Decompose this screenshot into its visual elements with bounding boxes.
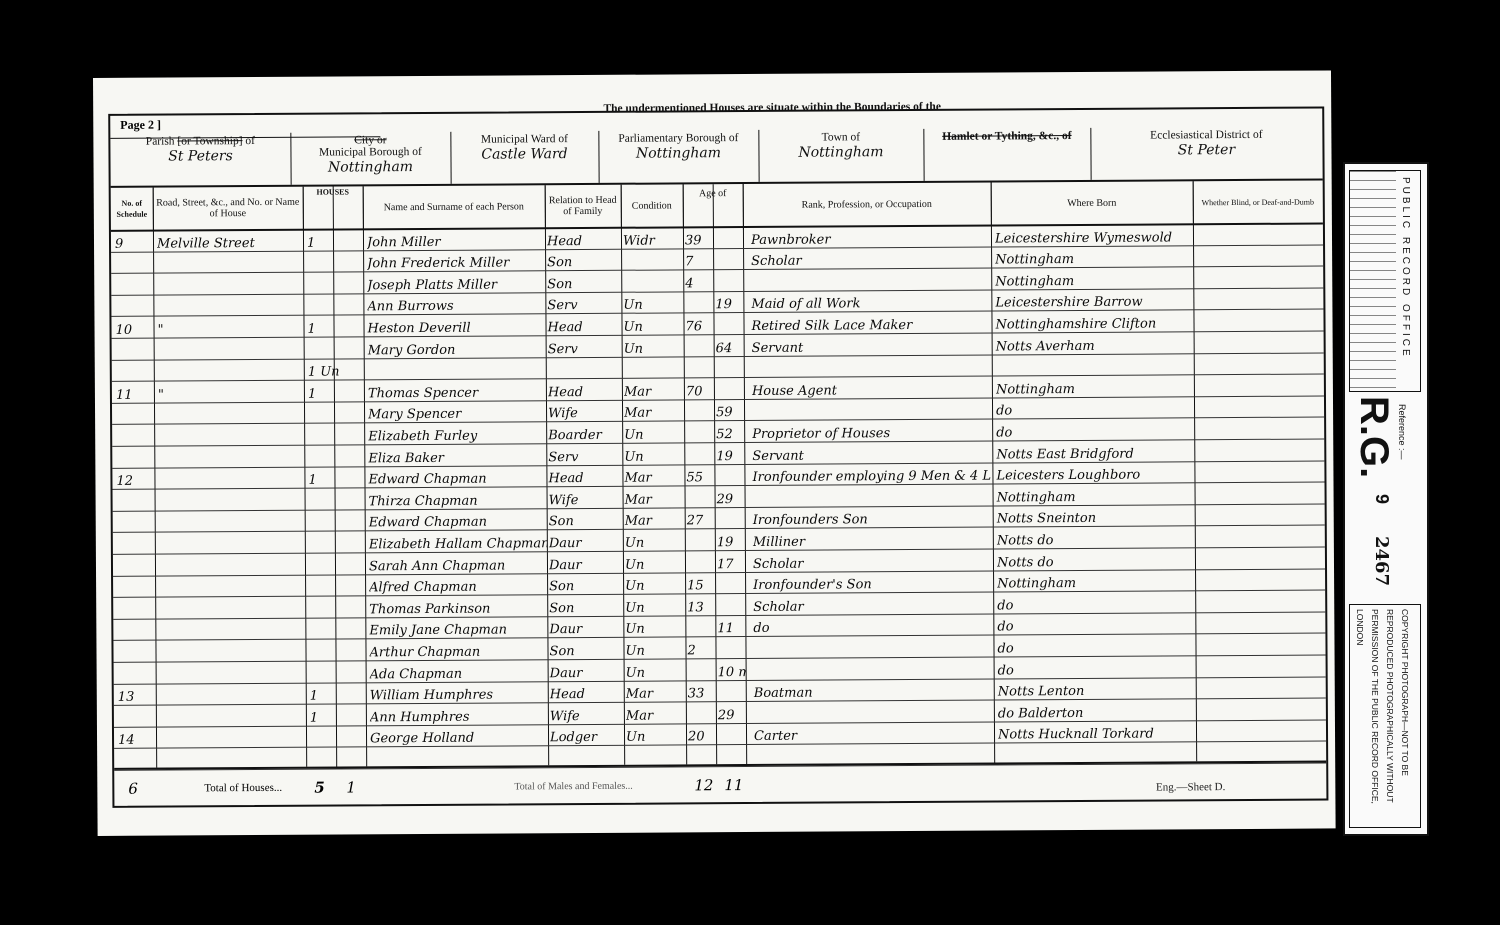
road-cell: [159, 512, 305, 533]
schedule-cell: [115, 275, 151, 296]
condition-cell: Un: [625, 617, 683, 638]
females-age-cell: [718, 725, 746, 746]
condition-cell: Widr: [623, 228, 681, 249]
road-cell: [158, 425, 304, 446]
schedule-cell: 13: [118, 685, 154, 706]
road-cell: [157, 274, 303, 295]
where-born-cell: Nottingham: [997, 571, 1193, 593]
occupation-cell: [753, 486, 991, 508]
females-age-cell: [716, 358, 744, 379]
where-born-cell: do: [996, 398, 1192, 420]
road-cell: [158, 468, 304, 489]
schedule-cell: [117, 556, 153, 577]
condition-cell: Un: [625, 574, 683, 595]
municipal-ward-field: Municipal Ward of Castle Ward: [450, 131, 599, 184]
females-age-cell: 59: [716, 401, 744, 422]
males-age-cell: 15: [687, 574, 715, 595]
condition-cell: Un: [624, 336, 682, 357]
name-cell: Elizabeth Hallam Chapman: [369, 532, 547, 554]
occupation-cell: Ironfounder employing 9 Men & 4 Lads: [752, 464, 990, 486]
occupation-cell: Servant: [752, 335, 990, 357]
name-cell: Edward Chapman: [368, 467, 546, 489]
males-age-cell: 4: [685, 271, 713, 292]
schedule-cell: [117, 512, 153, 533]
name-cell: Arthur Chapman: [369, 640, 547, 662]
males-age-cell: 7: [685, 250, 713, 271]
municipal-borough-field: City orMunicipal Borough of Nottingham: [290, 132, 451, 185]
relation-cell: Boarder: [548, 423, 620, 444]
females-age-cell: [717, 595, 745, 616]
name-cell: Heston Deverill: [367, 316, 545, 338]
males-age-cell: [687, 617, 715, 638]
name-cell: [368, 359, 546, 381]
where-born-cell: Leicesters Loughboro: [996, 463, 1192, 485]
col-blind-deaf: Whether Blind, or Deaf-and-Dumb: [1193, 180, 1323, 223]
relation-cell: Head: [548, 380, 620, 401]
occupation-cell: Scholar: [753, 551, 991, 573]
folio-number: 2467: [1371, 536, 1392, 586]
relation-cell: [548, 358, 620, 379]
name-cell: Ann Burrows: [367, 294, 545, 316]
schedule-cell: [116, 404, 152, 425]
road-cell: [159, 490, 305, 511]
females-age-cell: 52: [716, 422, 744, 443]
col-condition: Condition: [621, 184, 684, 226]
occupation-cell: do: [753, 615, 991, 637]
total-houses-label: Total of Houses...: [204, 769, 282, 807]
inhabited-cell: [307, 295, 357, 316]
road-cell: [159, 620, 305, 641]
parliamentary-borough-value: Nottingham: [598, 145, 758, 162]
road-cell: [160, 728, 306, 749]
females-age-cell: [717, 509, 745, 530]
males-age-cell: 39: [685, 228, 713, 249]
parliamentary-borough-field: Parliamentary Borough of Nottingham: [598, 130, 759, 183]
relation-cell: Son: [549, 596, 621, 617]
inhabited-cell: [309, 554, 359, 575]
name-cell: Thomas Spencer: [368, 380, 546, 402]
relation-cell: Son: [549, 510, 621, 531]
relation-cell: Daur: [549, 618, 621, 639]
inhabited-cell: [310, 727, 360, 748]
occupation-cell: [751, 270, 989, 292]
total-uninhabited: 1: [346, 768, 356, 806]
inhabited-cell: [309, 533, 359, 554]
town-value: Nottingham: [758, 144, 923, 161]
name-cell: Thirza Chapman: [369, 488, 547, 510]
census-sheet: The undermentioned Houses are situate wi…: [93, 70, 1336, 836]
females-age-cell: 29: [718, 703, 746, 724]
females-age-cell: [715, 314, 743, 335]
col-schedule: No. of Schedule: [111, 188, 154, 230]
inhabited-cell: [309, 511, 359, 532]
where-born-cell: Nottingham: [997, 484, 1193, 506]
condition-cell: Mar: [626, 682, 684, 703]
males-age-cell: [688, 703, 716, 724]
series-code: R.G.: [1351, 396, 1396, 478]
females-age-cell: [716, 466, 744, 487]
name-cell: George Holland: [370, 726, 548, 748]
road-cell: [160, 663, 306, 684]
relation-cell: Serv: [548, 445, 620, 466]
road-cell: [160, 684, 306, 705]
relation-cell: Head: [547, 315, 619, 336]
occupation-cell: [753, 637, 991, 659]
males-age-cell: 2: [687, 639, 715, 660]
total-males: 12: [694, 766, 713, 804]
schedule-cell: 12: [116, 469, 152, 490]
name-cell: Ada Chapman: [370, 661, 548, 683]
where-born-cell: do: [997, 592, 1193, 614]
condition-cell: Un: [625, 531, 683, 552]
relation-cell: Head: [547, 229, 619, 250]
occupation-cell: Servant: [752, 443, 990, 465]
reference-strip: PUBLIC RECORD OFFICE Reference :— R.G. 9…: [1343, 162, 1429, 836]
where-born-cell: Nottingham: [995, 268, 1191, 290]
relation-cell: Son: [549, 574, 621, 595]
females-age-cell: 64: [716, 336, 744, 357]
inhabited-cell: 1: [307, 317, 357, 338]
ecclesiastical-district-value: St Peter: [1090, 141, 1322, 158]
occupation-cell: Scholar: [751, 248, 989, 270]
where-born-cell: Notts do: [997, 528, 1193, 550]
where-born-cell: Leicestershire Barrow: [995, 290, 1191, 312]
occupation-cell: [754, 659, 992, 681]
relation-cell: Son: [549, 639, 621, 660]
relation-cell: Daur: [550, 661, 622, 682]
males-age-cell: [686, 358, 714, 379]
inhabited-cell: 1: [310, 684, 360, 705]
relation-cell: Head: [550, 682, 622, 703]
record-office-label: PUBLIC RECORD OFFICE: [1400, 177, 1411, 359]
males-age-cell: [688, 660, 716, 681]
district-header: Page 2 ] Parish [or Township] of St Pete…: [110, 108, 1322, 187]
col-road: Road, Street, &c., and No. or Name of Ho…: [153, 187, 304, 230]
relation-cell: Son: [547, 272, 619, 293]
schedule-cell: [116, 361, 152, 382]
females-age-cell: 19: [715, 293, 743, 314]
schedule-cell: 14: [118, 728, 154, 749]
town-field: Town of Nottingham: [758, 129, 924, 182]
occupation-cell: Milliner: [753, 529, 991, 551]
col-relation: Relation to Head of Family: [545, 185, 622, 227]
inhabited-cell: [308, 425, 358, 446]
occupation-cell: Carter: [754, 723, 992, 745]
females-age-cell: [717, 574, 745, 595]
inhabited-cell: [309, 576, 359, 597]
where-born-cell: Notts East Bridgford: [996, 441, 1192, 463]
males-age-cell: [687, 552, 715, 573]
schedule-cell: 10: [115, 318, 151, 339]
name-cell: Emily Jane Chapman: [369, 618, 547, 640]
parish-field: Parish [or Township] of St Peters: [110, 133, 291, 186]
condition-cell: Mar: [626, 704, 684, 725]
females-age-cell: [717, 638, 745, 659]
total-schedules: 6: [128, 770, 138, 808]
where-born-cell: Nottingham: [996, 376, 1192, 398]
occupation-cell: [752, 399, 990, 421]
road-cell: ": [157, 317, 303, 338]
relation-cell: Head: [548, 466, 620, 487]
road-cell: [159, 576, 305, 597]
col-where-born: Where Born: [991, 181, 1194, 224]
occupation-cell: Proprietor of Houses: [752, 421, 990, 443]
males-age-cell: 13: [687, 595, 715, 616]
where-born-cell: do: [996, 420, 1192, 442]
relation-cell: Serv: [547, 294, 619, 315]
inhabited-cell: [308, 446, 358, 467]
relation-cell: Wife: [550, 704, 622, 725]
condition-cell: Mar: [625, 509, 683, 530]
males-age-cell: 20: [688, 725, 716, 746]
reference-label: Reference :—: [1397, 404, 1407, 460]
where-born-cell: Notts Sneinton: [997, 506, 1193, 528]
condition-cell: Mar: [624, 380, 682, 401]
males-age-cell: [685, 293, 713, 314]
hamlet-field: Hamlet or Tything, &c., of: [923, 128, 1091, 181]
condition-cell: Un: [624, 423, 682, 444]
condition-cell: [623, 272, 681, 293]
schedule-cell: [117, 491, 153, 512]
relation-cell: Serv: [548, 337, 620, 358]
occupation-cell: [752, 356, 990, 378]
condition-cell: [624, 358, 682, 379]
relation-cell: Wife: [549, 488, 621, 509]
relation-cell: Wife: [548, 402, 620, 423]
where-born-cell: Notts Lenton: [998, 679, 1194, 701]
females-age-cell: 29: [717, 487, 745, 508]
females-age-cell: 11: [717, 617, 745, 638]
where-born-cell: Notts Hucknall Torkard: [998, 722, 1194, 744]
inhabited-cell: 1 Un: [308, 360, 358, 381]
totals-row: 6 Total of Houses... 5 1 Total of Males …: [114, 760, 1326, 807]
males-age-cell: [686, 423, 714, 444]
condition-cell: Un: [625, 596, 683, 617]
municipal-borough-value: Nottingham: [291, 159, 451, 176]
schedule-cell: [116, 426, 152, 447]
condition-cell: Mar: [625, 488, 683, 509]
relation-cell: Lodger: [550, 726, 622, 747]
road-cell: [158, 339, 304, 360]
copyright-notice: COPYRIGHT PHOTOGRAPH—NOT TO BE REPRODUCE…: [1352, 609, 1412, 821]
occupation-cell: Ironfounder's Son: [753, 572, 991, 594]
females-age-cell: [718, 682, 746, 703]
inhabited-cell: 1: [308, 468, 358, 489]
where-born-cell: Nottingham: [995, 247, 1191, 269]
name-cell: William Humphres: [370, 683, 548, 705]
males-age-cell: 55: [686, 466, 714, 487]
inhabited-cell: [309, 490, 359, 511]
where-born-cell: Notts Averham: [996, 333, 1192, 355]
occupation-cell: Retired Silk Lace Maker: [751, 313, 989, 335]
males-age-cell: [687, 531, 715, 552]
where-born-cell: Leicestershire Wymeswold: [995, 225, 1191, 247]
ruler-ticks: [1350, 171, 1396, 391]
males-age-cell: [686, 336, 714, 357]
occupation-cell: Pawnbroker: [751, 227, 989, 249]
sheet-footer: Eng.—Sheet D.: [1156, 781, 1225, 793]
name-cell: Sarah Ann Chapman: [369, 553, 547, 575]
schedule-cell: [117, 534, 153, 555]
total-females: 11: [724, 766, 743, 804]
females-age-cell: 10 mo: [718, 660, 746, 681]
name-cell: John Miller: [367, 229, 545, 251]
condition-cell: Un: [624, 444, 682, 465]
males-age-cell: [687, 487, 715, 508]
relation-cell: Daur: [549, 553, 621, 574]
inhabited-cell: [307, 274, 357, 295]
schedule-cell: [117, 642, 153, 663]
column-headers: No. of Schedule Road, Street, &c., and N…: [111, 180, 1323, 231]
piece-number: 9: [1371, 494, 1392, 504]
municipal-ward-value: Castle Ward: [450, 146, 598, 163]
males-age-cell: 76: [685, 315, 713, 336]
name-cell: Mary Spencer: [368, 402, 546, 424]
inhabited-cell: [307, 252, 357, 273]
where-born-cell: [996, 355, 1192, 377]
where-born-cell: Nottinghamshire Clifton: [995, 312, 1191, 334]
schedule-cell: [115, 296, 151, 317]
schedule-cell: [117, 620, 153, 641]
parish-value: St Peters: [110, 148, 290, 165]
occupation-cell: Boatman: [754, 680, 992, 702]
road-cell: [160, 706, 306, 727]
males-age-cell: 27: [687, 509, 715, 530]
name-cell: John Frederick Miller: [367, 251, 545, 273]
condition-cell: Un: [626, 660, 684, 681]
females-age-cell: 19: [716, 444, 744, 465]
road-cell: [159, 641, 305, 662]
condition-cell: Mar: [624, 401, 682, 422]
where-born-cell: do: [998, 657, 1194, 679]
road-cell: Melville Street: [157, 231, 303, 252]
schedule-cell: [118, 664, 154, 685]
copyright-box: COPYRIGHT PHOTOGRAPH—NOT TO BE REPRODUCE…: [1349, 604, 1421, 828]
females-age-cell: 17: [717, 552, 745, 573]
condition-cell: Un: [625, 552, 683, 573]
road-cell: [158, 360, 304, 381]
inhabited-cell: [308, 403, 358, 424]
road-cell: ": [158, 382, 304, 403]
condition-cell: Un: [623, 315, 681, 336]
females-age-cell: [715, 228, 743, 249]
schedule-cell: [118, 707, 154, 728]
schedule-cell: [117, 577, 153, 598]
name-cell: Elizabeth Furley: [368, 424, 546, 446]
schedule-cell: [116, 340, 152, 361]
col-name: Name and Surname of each Person: [363, 185, 546, 228]
males-age-cell: 33: [688, 682, 716, 703]
inhabited-cell: 1: [310, 706, 360, 727]
occupation-cell: [754, 702, 992, 724]
col-occupation: Rank, Profession, or Occupation: [743, 183, 992, 227]
total-persons-label: Total of Males and Females...: [514, 767, 633, 806]
schedule-cell: 9: [115, 232, 151, 253]
where-born-cell: do: [997, 636, 1193, 658]
name-cell: Ann Humphres: [370, 704, 548, 726]
road-cell: [157, 252, 303, 273]
inhabited-cell: [309, 619, 359, 640]
females-age-cell: [715, 271, 743, 292]
schedule-cell: [117, 599, 153, 620]
males-age-cell: [686, 401, 714, 422]
relation-cell: Son: [547, 250, 619, 271]
name-cell: Edward Chapman: [369, 510, 547, 532]
females-age-cell: [715, 250, 743, 271]
occupation-cell: Maid of all Work: [751, 291, 989, 313]
condition-cell: [623, 250, 681, 271]
occupation-cell: Ironfounders Son: [753, 507, 991, 529]
inhabited-cell: 1: [307, 230, 357, 251]
condition-cell: Mar: [624, 466, 682, 487]
inhabited-cell: [309, 641, 359, 662]
where-born-cell: do: [997, 614, 1193, 636]
ecclesiastical-district-field: Ecclesiastical District of St Peter: [1090, 126, 1322, 179]
total-inhabited: 5: [314, 769, 325, 807]
where-born-cell: Notts do: [997, 549, 1193, 571]
name-cell: Alfred Chapman: [369, 575, 547, 597]
condition-cell: Un: [625, 639, 683, 660]
inhabited-cell: [310, 662, 360, 683]
inhabited-cell: [308, 338, 358, 359]
males-age-cell: 70: [686, 379, 714, 400]
road-cell: [158, 447, 304, 468]
where-born-cell: do Balderton: [998, 700, 1194, 722]
road-cell: [158, 404, 304, 425]
census-table: Page 2 ] Parish [or Township] of St Pete…: [108, 106, 1328, 807]
ruler-scale: PUBLIC RECORD OFFICE: [1349, 170, 1421, 392]
males-age-cell: [686, 444, 714, 465]
road-cell: [157, 296, 303, 317]
females-age-cell: 19: [717, 530, 745, 551]
name-cell: Eliza Baker: [368, 445, 546, 467]
relation-cell: Daur: [549, 531, 621, 552]
name-cell: Thomas Parkinson: [369, 596, 547, 618]
inhabited-cell: 1: [308, 382, 358, 403]
condition-cell: Un: [623, 293, 681, 314]
schedule-cell: [115, 253, 151, 274]
inhabited-cell: [309, 598, 359, 619]
condition-cell: Un: [626, 725, 684, 746]
schedule-cell: [116, 448, 152, 469]
occupation-cell: House Agent: [752, 378, 990, 400]
road-cell: [159, 598, 305, 619]
name-cell: Mary Gordon: [368, 337, 546, 359]
schedule-cell: 11: [116, 383, 152, 404]
females-age-cell: [716, 379, 744, 400]
road-cell: [159, 533, 305, 554]
occupation-cell: Scholar: [753, 594, 991, 616]
name-cell: Joseph Platts Miller: [367, 272, 545, 294]
road-cell: [159, 555, 305, 576]
